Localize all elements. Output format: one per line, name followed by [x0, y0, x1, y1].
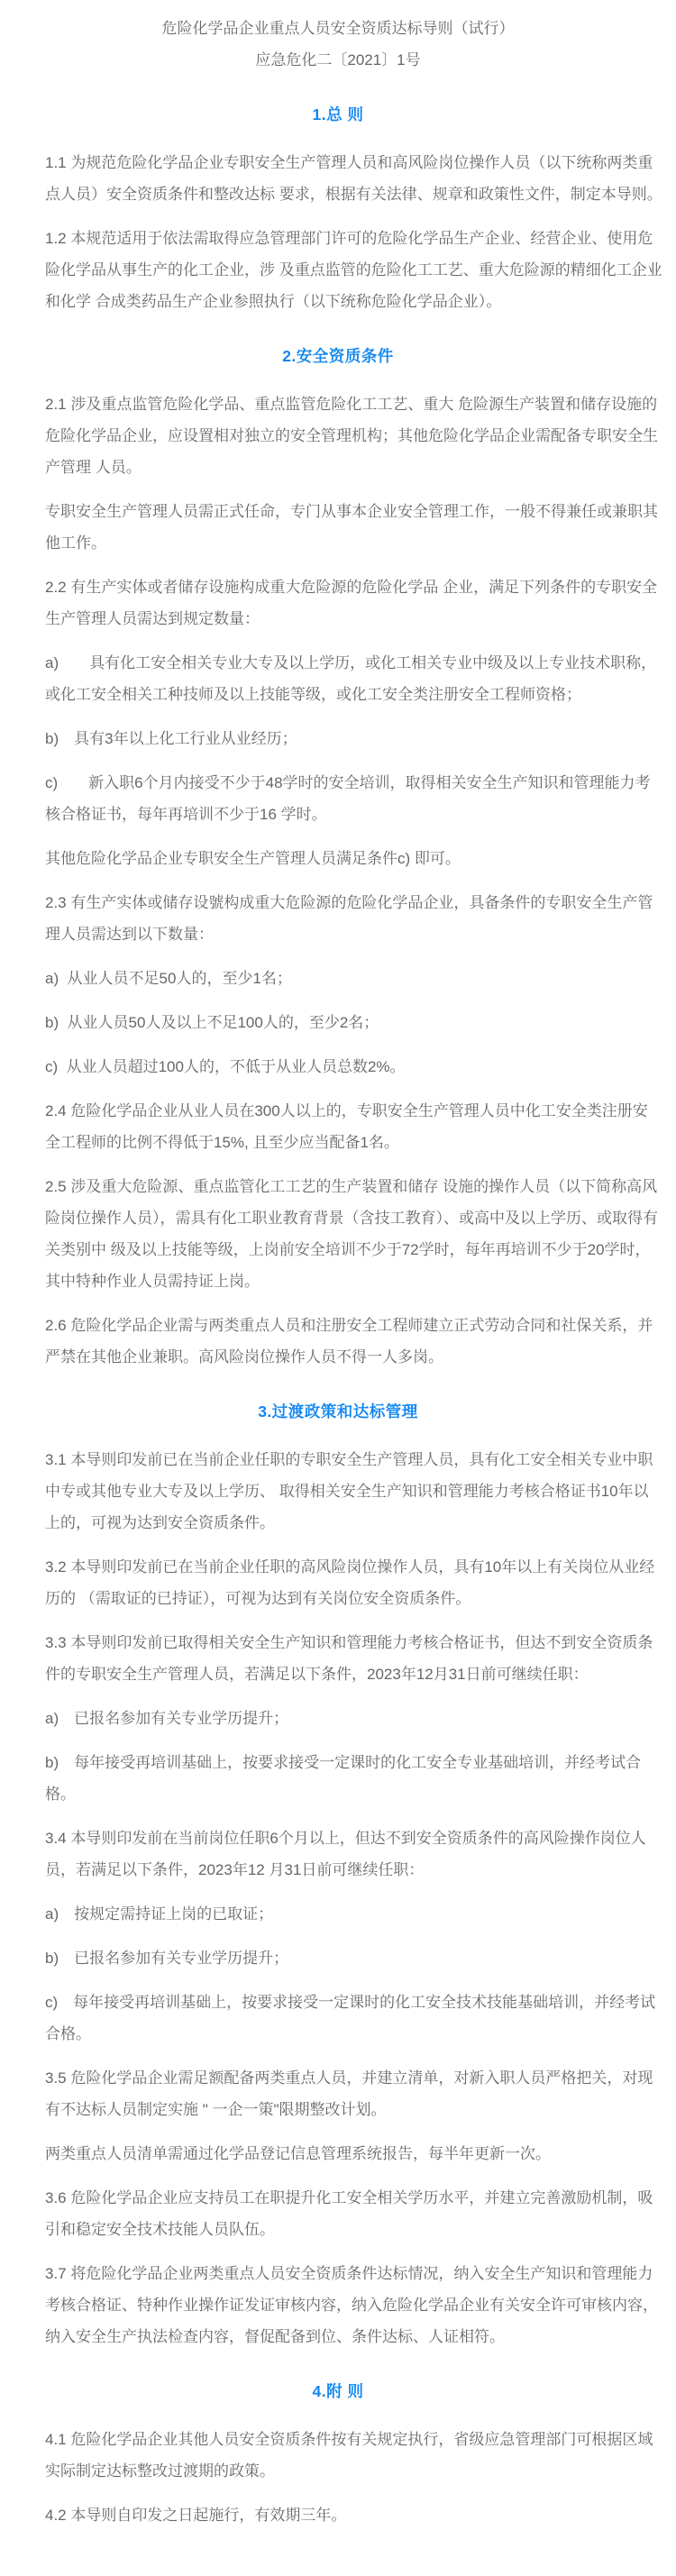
paragraph: 2.6 危险化学品企业需与两类重点人员和注册安全工程师建立正式劳动合同和社保关系…	[45, 1310, 662, 1373]
paragraph: 3.3 本导则印发前已取得相关安全生产知识和管理能力考核合格证书，但达不到安全资…	[45, 1627, 662, 1690]
section-heading: 3.过渡政策和达标管理	[45, 1396, 662, 1428]
paragraph: 3.6 危险化学品企业应支持员工在职提升化工安全相关学历水平，并建立完善激励机制…	[45, 2182, 662, 2245]
document-page: 危险化学品企业重点人员安全资质达标导则（试行） 应急危化二〔2021〕1号 1.…	[0, 0, 676, 2576]
paragraph: 1.1 为规范危险化学品企业专职安全生产管理人员和高风险岗位操作人员（以下统称两…	[45, 147, 662, 210]
paragraph: b) 从业人员50人及以上不足100人的，至少2名；	[45, 1007, 662, 1038]
paragraph: a) 从业人员不足50人的，至少1名；	[45, 963, 662, 994]
section-heading: 4.附 则	[45, 2376, 662, 2407]
paragraph: a) 按规定需持证上岗的已取证；	[45, 1898, 662, 1930]
section-heading: 2.安全资质条件	[45, 341, 662, 372]
paragraph: 其他危险化学品企业专职安全生产管理人员满足条件c) 即可。	[45, 843, 662, 874]
paragraph: 两类重点人员清单需通过化学品登记信息管理系统报告，每半年更新一次。	[45, 2138, 662, 2170]
paragraph: 2.1 涉及重点监管危险化学品、重点监管危险化工工艺、重大 危险源生产装置和储存…	[45, 388, 662, 483]
paragraph: a) 已报名参加有关专业学历提升；	[45, 1703, 662, 1734]
document-number: 应急危化二〔2021〕1号	[45, 44, 662, 76]
paragraph: 3.7 将危险化学品企业两类重点人员安全资质条件达标情况，纳入安全生产知识和管理…	[45, 2258, 662, 2352]
paragraph: c) 新入职6个月内接受不少于48学时的安全培训，取得相关安全生产知识和管理能力…	[45, 767, 662, 830]
paragraph: 4.1 危险化学品企业其他人员安全资质条件按有关规定执行，省级应急管理部门可根据…	[45, 2424, 662, 2487]
document-body: 1.总 则1.1 为规范危险化学品企业专职安全生产管理人员和高风险岗位操作人员（…	[45, 99, 662, 2531]
paragraph: c) 从业人员超过100人的，不低于从业人员总数2%。	[45, 1051, 662, 1082]
paragraph: 3.5 危险化学品企业需足额配备两类重点人员，并建立清单，对新入职人员严格把关，…	[45, 2062, 662, 2125]
paragraph: 2.2 有生产实体或者储存设施构成重大危险源的危险化学品 企业，满足下列条件的专…	[45, 571, 662, 635]
paragraph: c) 每年接受再培训基础上，按要求接受一定课时的化工安全技术技能基础培训，并经考…	[45, 1987, 662, 2050]
paragraph: 1.2 本规范适用于依法需取得应急管理部门许可的危险化学品生产企业、经营企业、使…	[45, 223, 662, 317]
paragraph: 专职安全生产管理人员需正式任命，专门从事本企业安全管理工作，一般不得兼任或兼职其…	[45, 496, 662, 559]
document-title: 危险化学品企业重点人员安全资质达标导则（试行）	[45, 13, 662, 44]
paragraph: a) 具有化工安全相关专业大专及以上学历，或化工相关专业中级及以上专业技术职称，…	[45, 647, 662, 710]
paragraph: 2.5 涉及重大危险源、重点监管化工工艺的生产装置和储存 设施的操作人员（以下简…	[45, 1171, 662, 1297]
paragraph: 3.4 本导则印发前在当前岗位任职6个月以上，但达不到安全资质条件的高风险操作岗…	[45, 1822, 662, 1886]
paragraph: b) 每年接受再培训基础上，按要求接受一定课时的化工安全专业基础培训，并经考试合…	[45, 1747, 662, 1810]
paragraph: b) 具有3年以上化工行业从业经历；	[45, 723, 662, 754]
paragraph: 2.3 有生产实体或储存设號构成重大危险源的危险化学品企业，具备条件的专职安全生…	[45, 887, 662, 950]
section-heading: 1.总 则	[45, 99, 662, 131]
paragraph: 3.1 本导则印发前已在当前企业任职的专职安全生产管理人员，具有化工安全相关专业…	[45, 1444, 662, 1539]
paragraph: 2.4 危险化学品企业从业人员在300人以上的，专职安全生产管理人员中化工安全类…	[45, 1095, 662, 1158]
paragraph: 4.2 本导则自印发之日起施行，有效期三年。	[45, 2499, 662, 2531]
paragraph: b) 已报名参加有关专业学历提升；	[45, 1942, 662, 1974]
paragraph: 3.2 本导则印发前已在当前企业任职的高风险岗位操作人员，具有10年以上有关岗位…	[45, 1551, 662, 1614]
